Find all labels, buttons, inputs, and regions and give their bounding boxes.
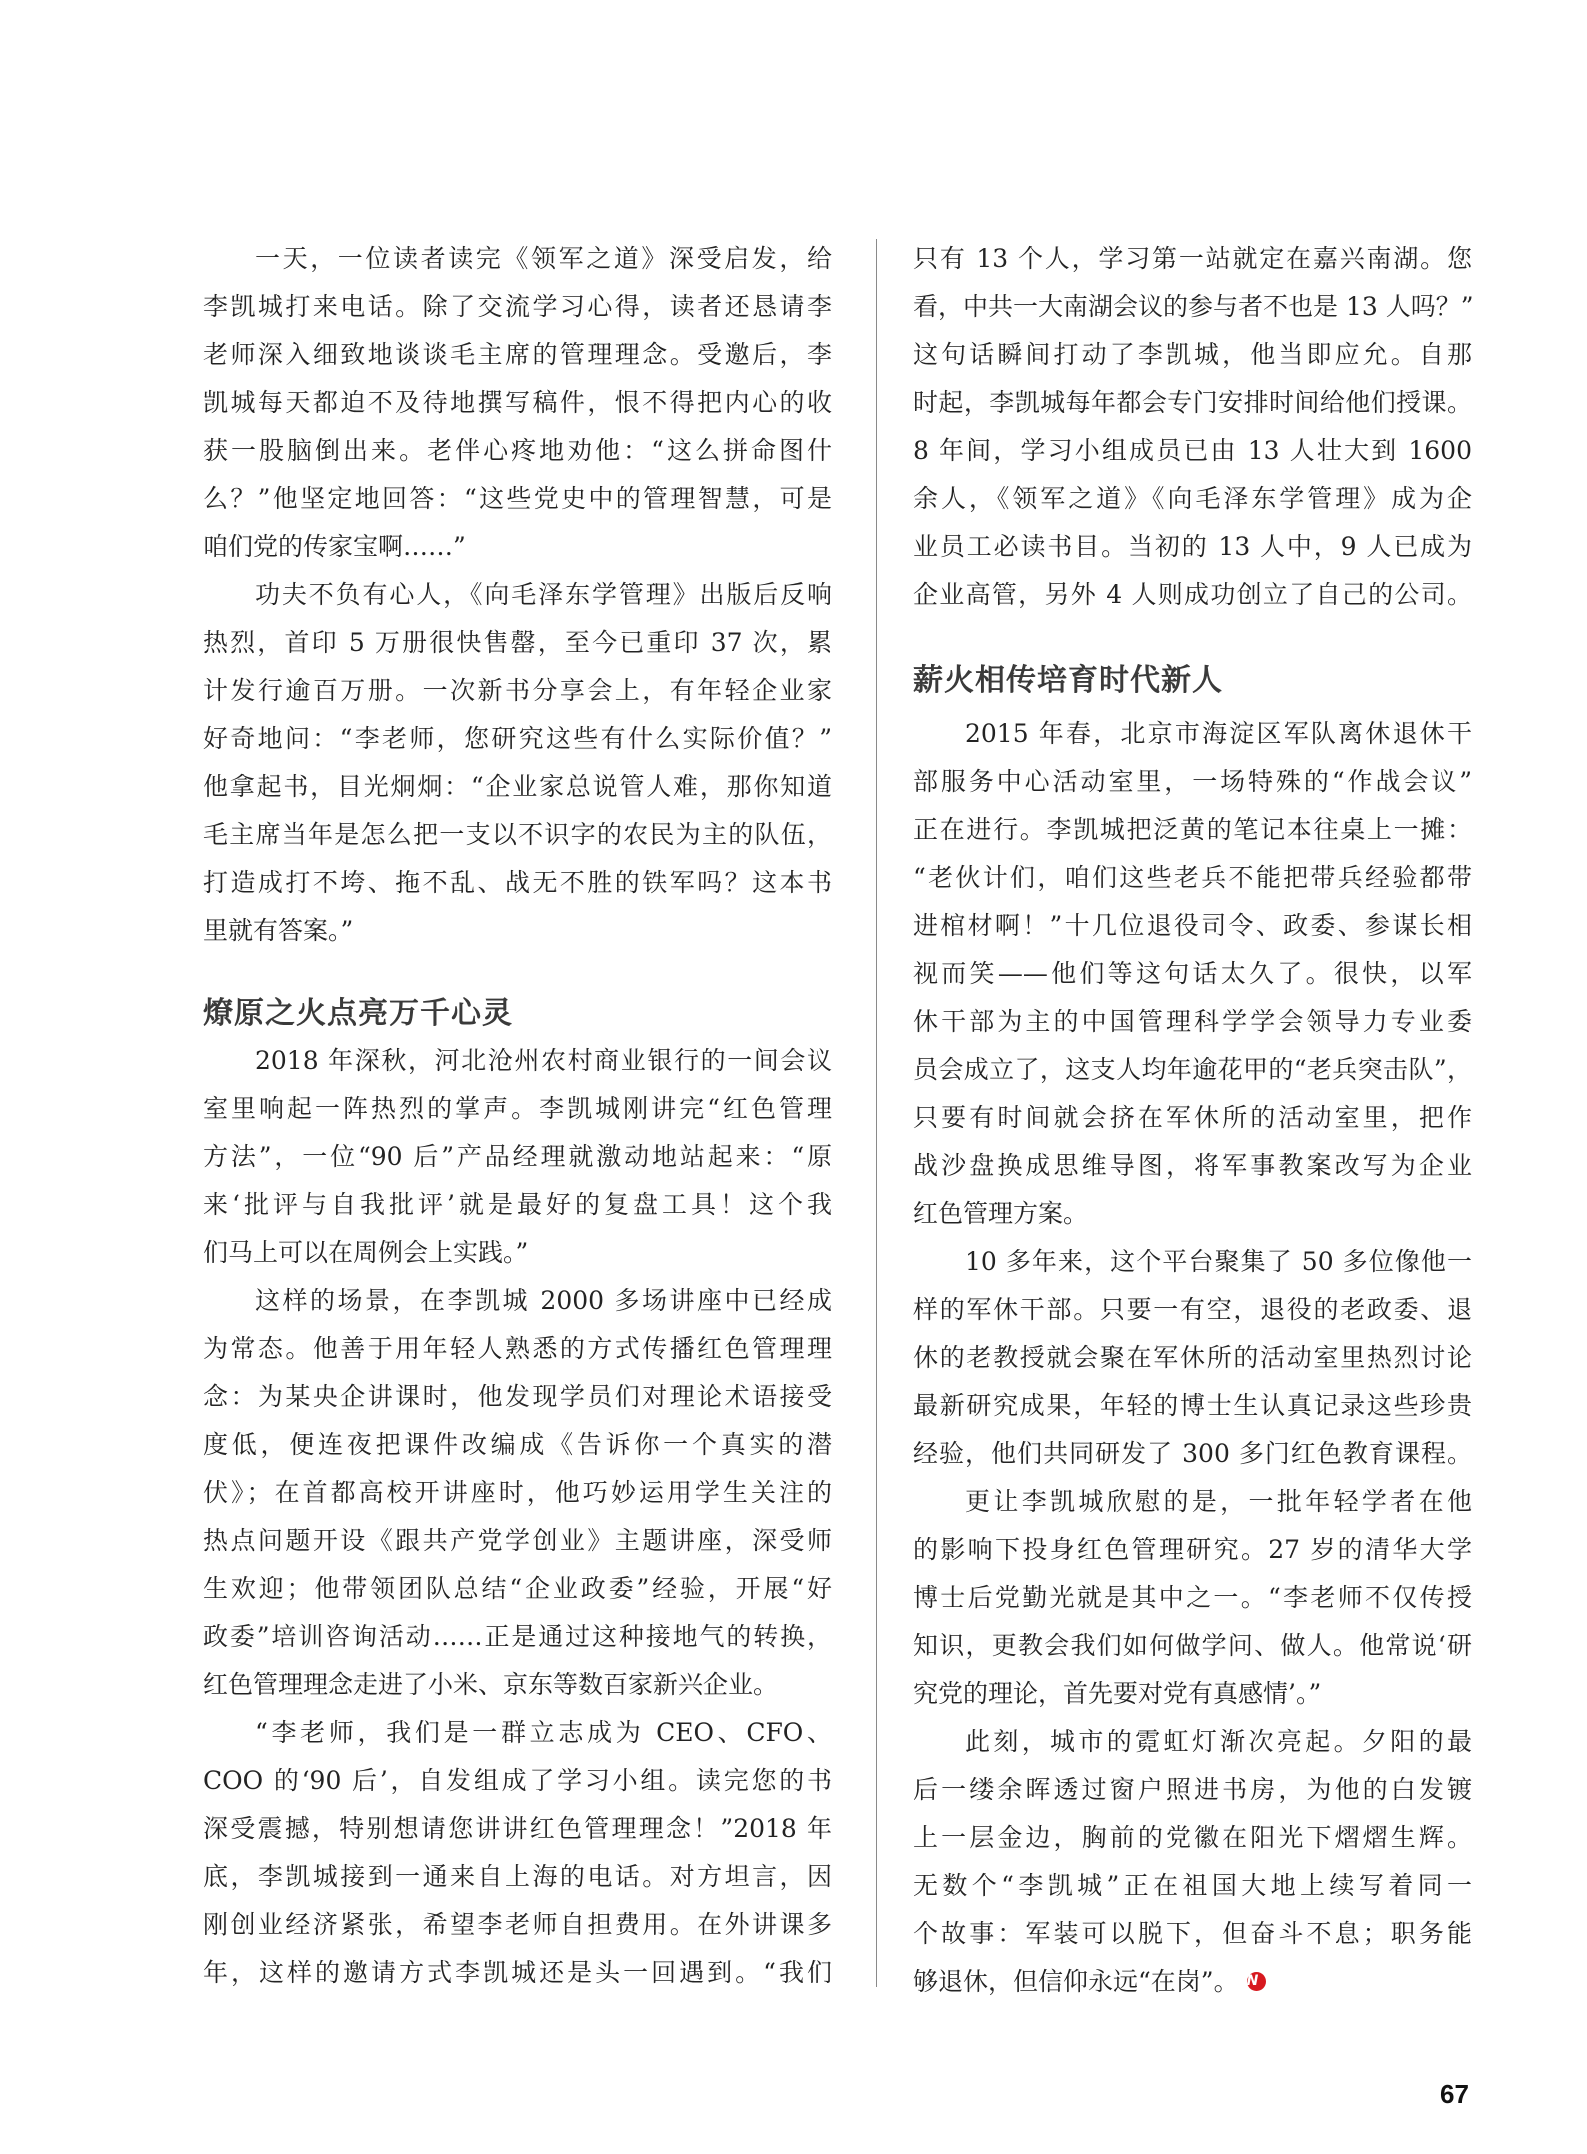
paragraph: 只有 13 个人，学习第一站就定在嘉兴南湖。您 看，中共一大南湖会议的参与者不也… xyxy=(913,235,1472,619)
text-line: 他拿起书，目光炯炯：“企业家总说管人难，那你知道 xyxy=(203,763,832,811)
text-line: 来‘批评与自我批评’就是最好的复盘工具！这个我 xyxy=(203,1181,832,1229)
text-line: 最新研究成果，年轻的博士生认真记录这些珍贵 xyxy=(913,1382,1472,1430)
text-line: 们马上可以在周例会上实践。” xyxy=(203,1229,832,1277)
text-line: 进棺材啊！”十几位退役司令、政委、参谋长相 xyxy=(913,902,1472,950)
text-line: 计发行逾百万册。一次新书分享会上，有年轻企业家 xyxy=(203,667,832,715)
column-divider xyxy=(876,239,877,989)
text-line: 休的老教授就会聚在军休所的活动室里热烈讨论 xyxy=(913,1334,1472,1382)
text-line: 正在进行。李凯城把泛黄的笔记本往桌上一摊： xyxy=(913,806,1472,854)
text-line: 只要有时间就会挤在军休所的活动室里，把作 xyxy=(913,1094,1472,1142)
text-line: 经验，他们共同研发了 300 多门红色教育课程。 xyxy=(913,1430,1472,1478)
text-line: 个故事：军装可以脱下，但奋斗不息；职务能 xyxy=(913,1910,1472,1958)
text-line: COO 的‘90 后’，自发组成了学习小组。读完您的书 xyxy=(203,1757,832,1805)
text-line: 10 多年来，这个平台聚集了 50 多位像他一 xyxy=(913,1238,1472,1286)
text-line: 样的军休干部。只要一有空，退役的老政委、退 xyxy=(913,1286,1472,1334)
text-line: 业员工必读书目。当初的 13 人中，9 人已成为 xyxy=(913,523,1472,571)
text-line: 毛主席当年是怎么把一支以不识字的农民为主的队伍， xyxy=(203,811,832,859)
paragraph: 2015 年春，北京市海淀区军队离休退休干 部服务中心活动室里，一场特殊的“作战… xyxy=(913,710,1472,1238)
paragraph: “李老师，我们是一群立志成为 CEO、CFO、 COO 的‘90 后’，自发组成… xyxy=(203,1709,832,1997)
paragraph: 这样的场景，在李凯城 2000 多场讲座中已经成 为常态。他善于用年轻人熟悉的方… xyxy=(203,1277,832,1709)
text-line: 功夫不负有心人，《向毛泽东学管理》出版后反响 xyxy=(203,571,832,619)
section-heading-text: 燎原之火点亮万千心灵 xyxy=(203,955,832,1029)
section-heading: 薪火相传培育时代新人 xyxy=(913,619,1472,710)
text-line: 企业高管，另外 4 人则成功创立了自己的公司。 xyxy=(913,571,1472,619)
text-line: 深受震撼，特别想请您讲讲红色管理理念！”2018 年 xyxy=(203,1805,832,1853)
text-line: 够退休，但信仰永远“在岗”。N xyxy=(913,1958,1472,2006)
end-mark-logo-icon: N xyxy=(1247,1972,1266,1991)
text-line: 究党的理论，首先要对党有真感情’。” xyxy=(913,1670,1472,1718)
text-line: 战沙盘换成思维导图，将军事教案改写为企业 xyxy=(913,1142,1472,1190)
text-line: 员会成立了，这支人均年逾花甲的“老兵突击队”， xyxy=(913,1046,1472,1094)
text-line: 刚创业经济紧张，希望李老师自担费用。在外讲课多 xyxy=(203,1901,832,1949)
paragraph: 功夫不负有心人，《向毛泽东学管理》出版后反响 热烈，首印 5 万册很快售罄，至今… xyxy=(203,571,832,955)
text-line: 热烈，首印 5 万册很快售罄，至今已重印 37 次，累 xyxy=(203,619,832,667)
text-line: 底，李凯城接到一通来自上海的电话。对方坦言，因 xyxy=(203,1853,832,1901)
text-line: 无数个“李凯城”正在祖国大地上续写着同一 xyxy=(913,1862,1472,1910)
text-line: 后一缕余晖透过窗户照进书房，为他的白发镀 xyxy=(913,1766,1472,1814)
text-line: 老师深入细致地谈谈毛主席的管理理念。受邀后，李 xyxy=(203,331,832,379)
text-line: 更让李凯城欣慰的是，一批年轻学者在他 xyxy=(913,1478,1472,1526)
text-line: 红色管理理念走进了小米、京东等数百家新兴企业。 xyxy=(203,1661,832,1709)
column-divider xyxy=(876,989,877,1987)
text-line: 伏》；在首都高校开讲座时，他巧妙运用学生关注的 xyxy=(203,1469,832,1517)
text-line: 念：为某央企讲课时，他发现学员们对理论术语接受 xyxy=(203,1373,832,1421)
paragraph: 2018 年深秋，河北沧州农村商业银行的一间会议 室里响起一阵热烈的掌声。李凯城… xyxy=(203,1037,832,1277)
text-line: 这句话瞬间打动了李凯城，他当即应允。自那 xyxy=(913,331,1472,379)
text-line: 视而笑——他们等这句话太久了。很快，以军 xyxy=(913,950,1472,998)
text-line: 的影响下投身红色管理研究。27 岁的清华大学 xyxy=(913,1526,1472,1574)
text-line: 度低，便连夜把课件改编成《告诉你一个真实的潜 xyxy=(203,1421,832,1469)
text-line: 这样的场景，在李凯城 2000 多场讲座中已经成 xyxy=(203,1277,832,1325)
page-number: 67 xyxy=(1440,2079,1469,2110)
text-line: 热点问题开设《跟共产党学创业》主题讲座，深受师 xyxy=(203,1517,832,1565)
paragraph: 此刻，城市的霓虹灯渐次亮起。夕阳的最 后一缕余晖透过窗户照进书房，为他的白发镀 … xyxy=(913,1718,1472,2006)
text-line: 政委”培训咨询活动……正是通过这种接地气的转换， xyxy=(203,1613,832,1661)
text-line: “老伙计们，咱们这些老兵不能把带兵经验都带 xyxy=(913,854,1472,902)
text-line: 方法”，一位“90 后”产品经理就激动地站起来：“原 xyxy=(203,1133,832,1181)
paragraph: 一天，一位读者读完《领军之道》深受启发，给 李凯城打来电话。除了交流学习心得，读… xyxy=(203,235,832,571)
text-line: 时起，李凯城每年都会专门安排时间给他们授课。 xyxy=(913,379,1472,427)
text-line: 此刻，城市的霓虹灯渐次亮起。夕阳的最 xyxy=(913,1718,1472,1766)
text-line: 好奇地问：“李老师，您研究这些有什么实际价值？” xyxy=(203,715,832,763)
text-line: 里就有答案。” xyxy=(203,907,832,955)
text-line: 上一层金边，胸前的党徽在阳光下熠熠生辉。 xyxy=(913,1814,1472,1862)
text-line: 2015 年春，北京市海淀区军队离休退休干 xyxy=(913,710,1472,758)
text-line: 李凯城打来电话。除了交流学习心得，读者还恳请李 xyxy=(203,283,832,331)
text-line: 为常态。他善于用年轻人熟悉的方式传播红色管理理 xyxy=(203,1325,832,1373)
text-line: 生欢迎；他带领团队总结“企业政委”经验，开展“好 xyxy=(203,1565,832,1613)
text-line: 获一股脑倒出来。老伴心疼地劝他：“这么拼命图什 xyxy=(203,427,832,475)
right-column: 只有 13 个人，学习第一站就定在嘉兴南湖。您 看，中共一大南湖会议的参与者不也… xyxy=(913,235,1472,2006)
text-line: 红色管理方案。 xyxy=(913,1190,1472,1238)
paragraph: 更让李凯城欣慰的是，一批年轻学者在他 的影响下投身红色管理研究。27 岁的清华大… xyxy=(913,1478,1472,1718)
text-line: 2018 年深秋，河北沧州农村商业银行的一间会议 xyxy=(203,1037,832,1085)
text-line: 么？”他坚定地回答：“这些党史中的管理智慧，可是 xyxy=(203,475,832,523)
text-line: 咱们党的传家宝啊……” xyxy=(203,523,832,571)
section-heading-text: 薪火相传培育时代新人 xyxy=(913,619,1472,696)
text-line: 一天，一位读者读完《领军之道》深受启发，给 xyxy=(203,235,832,283)
left-column: 一天，一位读者读完《领军之道》深受启发，给 李凯城打来电话。除了交流学习心得，读… xyxy=(203,235,832,1997)
text-line: 休干部为主的中国管理科学学会领导力专业委 xyxy=(913,998,1472,1046)
text-line: 8 年间，学习小组成员已由 13 人壮大到 1600 xyxy=(913,427,1472,475)
section-heading: 燎原之火点亮万千心灵 xyxy=(203,955,832,1037)
text-line: 只有 13 个人，学习第一站就定在嘉兴南湖。您 xyxy=(913,235,1472,283)
text-line: 室里响起一阵热烈的掌声。李凯城刚讲完“红色管理 xyxy=(203,1085,832,1133)
text-line: 打造成打不垮、拖不乱、战无不胜的铁军吗？这本书 xyxy=(203,859,832,907)
text-line: 余人，《领军之道》《向毛泽东学管理》成为企 xyxy=(913,475,1472,523)
text-line: 知识，更教会我们如何做学问、做人。他常说‘研 xyxy=(913,1622,1472,1670)
text-line-content: 够退休，但信仰永远“在岗”。 xyxy=(913,1967,1239,1996)
text-line: 部服务中心活动室里，一场特殊的“作战会议” xyxy=(913,758,1472,806)
text-line: 看，中共一大南湖会议的参与者不也是 13 人吗？” xyxy=(913,283,1472,331)
text-line: 博士后党勤光就是其中之一。“李老师不仅传授 xyxy=(913,1574,1472,1622)
paragraph: 10 多年来，这个平台聚集了 50 多位像他一 样的军休干部。只要一有空，退役的… xyxy=(913,1238,1472,1478)
text-line: 年，这样的邀请方式李凯城还是头一回遇到。“我们 xyxy=(203,1949,832,1997)
text-line: 凯城每天都迫不及待地撰写稿件，恨不得把内心的收 xyxy=(203,379,832,427)
text-line: “李老师，我们是一群立志成为 CEO、CFO、 xyxy=(203,1709,832,1757)
